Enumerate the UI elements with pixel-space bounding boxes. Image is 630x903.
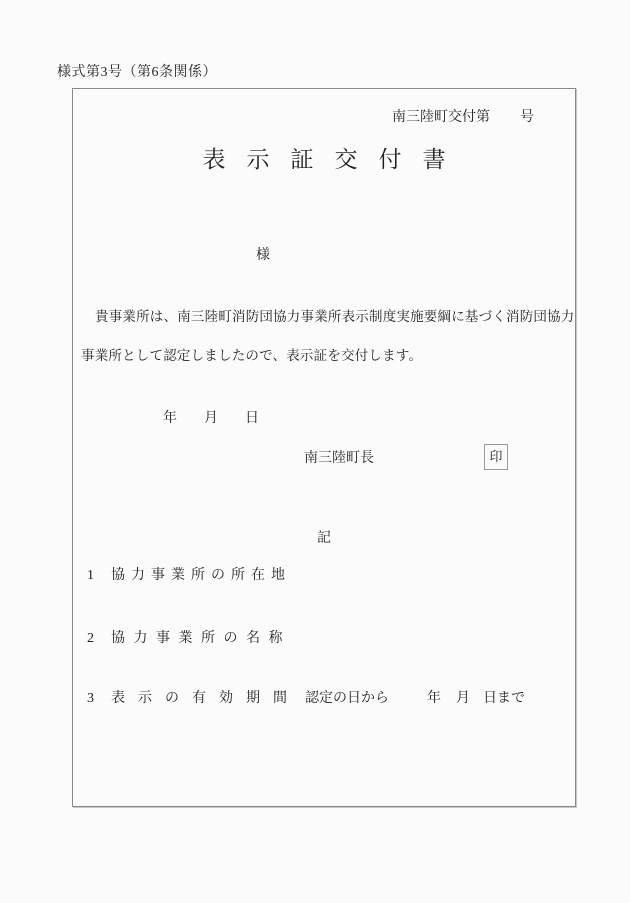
issue-number-prefix: 南三陸町交付第 — [392, 110, 490, 125]
validity-from-label: 認定の日から — [305, 691, 389, 706]
item-label-validity: 表示の有効期間 — [111, 691, 300, 706]
addressee-suffix: 様 — [256, 244, 270, 264]
item-number: 2 — [87, 631, 96, 647]
signer-line: 南三陸町長 印 — [73, 444, 575, 472]
issue-number-suffix: 号 — [520, 110, 534, 125]
item-row-name: 2協力事業所の名称 — [87, 627, 291, 647]
body-paragraph: 貴事業所は、南三陸町消防団協力事業所表示制度実施要綱に基づく消防団協力 事業所と… — [81, 297, 569, 375]
validity-year-label: 年 — [427, 691, 441, 706]
validity-until-label: 日まで — [483, 691, 525, 706]
date-month-label: 月 — [204, 411, 218, 426]
date-year-label: 年 — [163, 411, 177, 426]
body-line-2: 事業所として認定しましたので、表示証を交付します。 — [81, 336, 569, 375]
item-number: 1 — [87, 568, 96, 584]
item-label-name: 協力事業所の名称 — [111, 631, 291, 646]
issue-number-line: 南三陸町交付第号 — [392, 106, 534, 126]
item-row-location: 1協力事業所の所在地 — [87, 564, 291, 584]
signer-title: 南三陸町長 — [304, 447, 374, 467]
document-page: 様式第3号（第6条関係） 南三陸町交付第号 表示証交付書 様 貴事業所は、南三陸… — [0, 0, 630, 903]
item-number: 3 — [87, 691, 96, 707]
item-label-location: 協力事業所の所在地 — [111, 568, 291, 583]
form-number-label: 様式第3号（第6条関係） — [57, 61, 217, 81]
item-row-validity: 3表示の有効期間認定の日から年月日まで — [87, 687, 525, 707]
body-line-1: 貴事業所は、南三陸町消防団協力事業所表示制度実施要綱に基づく消防団協力 — [81, 297, 569, 336]
record-marker: 記 — [73, 527, 575, 547]
validity-month-label: 月 — [456, 691, 470, 706]
seal-label: 印 — [489, 449, 502, 464]
date-line: 年月日 — [163, 407, 259, 427]
document-title: 表示証交付書 — [73, 141, 575, 174]
date-day-label: 日 — [245, 411, 259, 426]
seal-box: 印 — [484, 444, 508, 470]
certificate-frame: 南三陸町交付第号 表示証交付書 様 貴事業所は、南三陸町消防団協力事業所表示制度… — [72, 88, 576, 807]
